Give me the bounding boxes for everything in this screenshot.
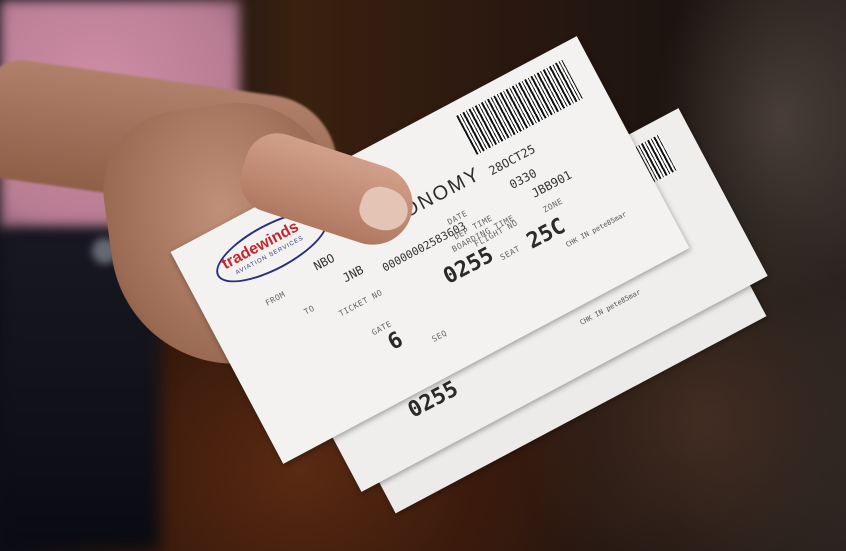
ticket-no-label: TICKET NO <box>338 288 384 318</box>
zone-label: ZONE <box>541 197 564 215</box>
boarding-time: 0255 <box>439 243 498 290</box>
checkin-agent: CHK IN pete85mar <box>565 210 628 249</box>
seat-number: 25C <box>523 214 570 255</box>
gate-number: 6 <box>384 327 407 355</box>
barcode-icon <box>456 60 583 155</box>
to-value: JNB <box>340 263 366 286</box>
seq-label: SEQ <box>430 328 448 343</box>
from-value: NBO <box>311 251 337 274</box>
to-label: TO <box>303 304 317 317</box>
from-label: FROM <box>264 290 287 308</box>
seat-label: SEAT <box>499 244 522 262</box>
